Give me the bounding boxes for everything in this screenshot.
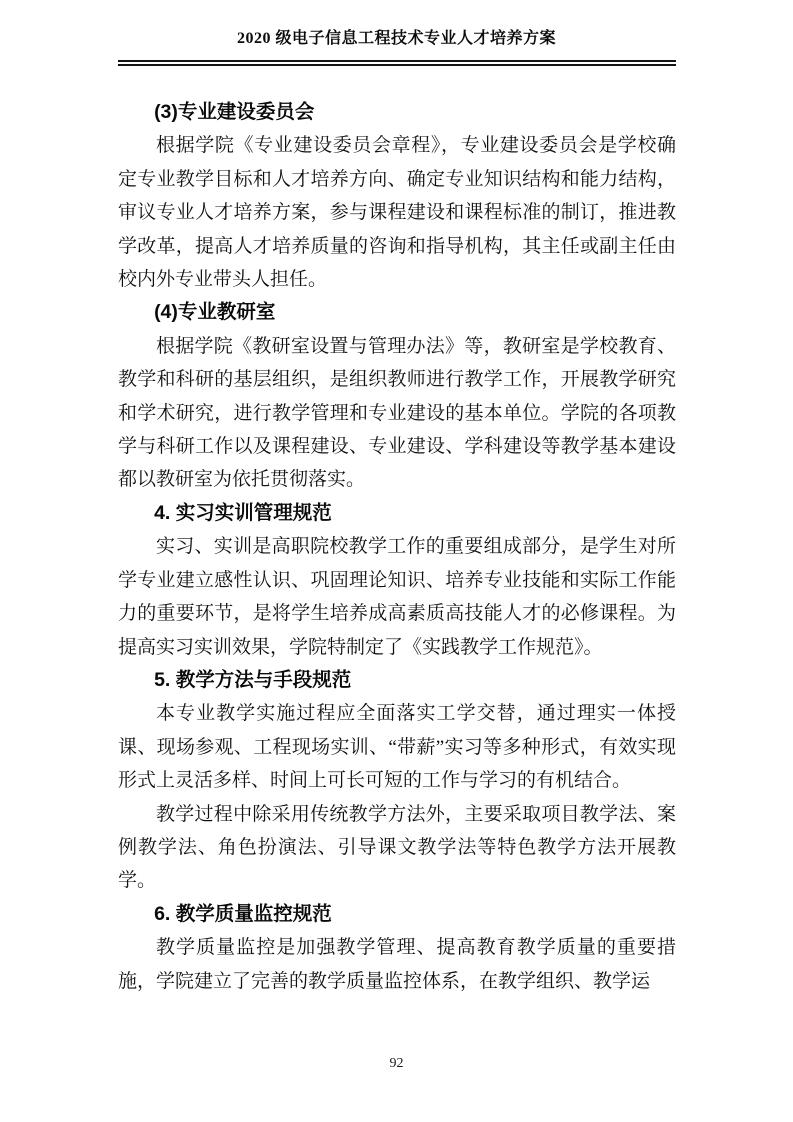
body-paragraph: 本专业教学实施过程应全面落实工学交替，通过理实一体授课、现场参观、工程现场实训、…	[118, 697, 676, 797]
body-paragraph: 根据学院《教研室设置与管理办法》等，教研室是学校教育、教学和科研的基层组织，是组…	[118, 330, 676, 497]
header-title: 2020 级电子信息工程技术专业人才培养方案	[0, 29, 793, 49]
body-paragraph: 根据学院《专业建设委员会章程》，专业建设委员会是学校确定专业教学目标和人才培养方…	[118, 129, 676, 296]
page-header: 2020 级电子信息工程技术专业人才培养方案	[0, 0, 793, 66]
section-heading: (4)专业教研室	[118, 296, 676, 329]
document-body: (3)专业建设委员会根据学院《专业建设委员会章程》，专业建设委员会是学校确定专业…	[118, 96, 676, 998]
section-heading: (3)专业建设委员会	[118, 96, 676, 129]
document-page: 2020 级电子信息工程技术专业人才培养方案 (3)专业建设委员会根据学院《专业…	[0, 0, 793, 1122]
header-rule	[118, 60, 676, 66]
section-heading: 4. 实习实训管理规范	[118, 497, 676, 530]
section-heading: 5. 教学方法与手段规范	[118, 664, 676, 697]
body-paragraph: 实习、实训是高职院校教学工作的重要组成部分，是学生对所学专业建立感性认识、巩固理…	[118, 530, 676, 664]
body-paragraph: 教学过程中除采用传统教学方法外，主要采取项目教学法、案例教学法、角色扮演法、引导…	[118, 798, 676, 898]
body-paragraph: 教学质量监控是加强教学管理、提高教育教学质量的重要措施，学院建立了完善的教学质量…	[118, 931, 676, 998]
page-number: 92	[390, 1056, 404, 1071]
section-heading: 6. 教学质量监控规范	[118, 898, 676, 931]
page-footer: 92	[0, 1056, 793, 1072]
